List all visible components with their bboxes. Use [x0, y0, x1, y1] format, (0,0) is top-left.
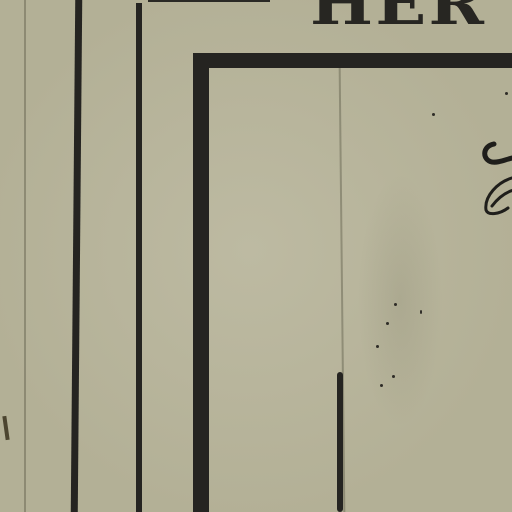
- stain-mark: [2, 416, 9, 440]
- printed-vertical-dash: [337, 372, 343, 512]
- border-rule-outer: [71, 0, 82, 512]
- document-photo: HER: [0, 0, 512, 512]
- ink-speck: [380, 384, 383, 387]
- ink-speck: [505, 92, 508, 95]
- top-rule-fragment: [148, 0, 270, 2]
- ink-speck: [432, 113, 435, 116]
- heading-fragment: HER: [310, 0, 486, 38]
- script-flourish-icon: [478, 136, 512, 220]
- ink-speck: [376, 345, 379, 348]
- paper-crease-left: [24, 0, 26, 512]
- ink-speck: [394, 303, 397, 306]
- inner-frame-left: [193, 53, 209, 512]
- ink-speck: [392, 375, 395, 378]
- border-rule-middle: [136, 3, 142, 512]
- ink-speck: [386, 322, 389, 325]
- inner-frame-top: [195, 53, 512, 68]
- ink-speck: [420, 310, 422, 314]
